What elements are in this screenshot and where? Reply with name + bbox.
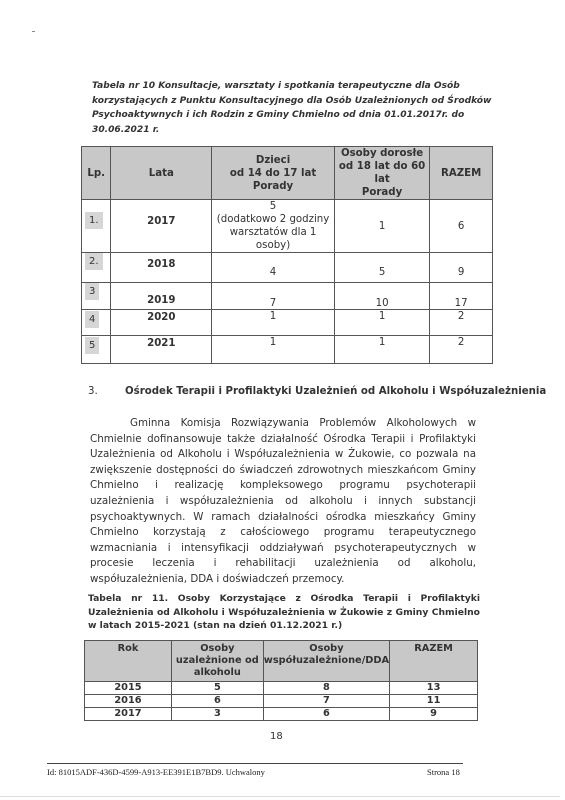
header-dorosle-l2: od 18 lat do 60 lat <box>335 160 429 186</box>
razem-cell: 17 <box>430 283 493 310</box>
header-dorosle: Osoby dorosłe od 18 lat do 60 lat Porady <box>334 147 429 200</box>
header-dzieci-l3: Porady <box>212 180 334 193</box>
header-dzieci-l1: Dzieci <box>212 154 334 167</box>
wspol-cell: 8 <box>263 682 389 695</box>
razem-cell: 11 <box>390 695 478 708</box>
page-number: 18 <box>270 731 283 742</box>
wspol-cell: 6 <box>263 708 389 721</box>
table11-header-row: Rok Osoby uzależnione od alkoholu Osoby … <box>85 641 478 682</box>
table-row: 4 2020 1 1 2 <box>82 310 493 336</box>
rok-cell: 2017 <box>85 708 172 721</box>
year-cell: 2017 <box>111 200 212 253</box>
header-lp: Lp. <box>82 147 111 200</box>
page-edge-divider <box>0 796 560 797</box>
footer-divider <box>47 763 463 764</box>
header-dzieci-l2: od 14 do 17 lat <box>212 167 334 180</box>
dorosle-cell: 1 <box>334 200 429 253</box>
dzieci-value: 5 <box>212 200 334 213</box>
dzieci-cell: 4 <box>212 253 335 283</box>
dzieci-cell: 1 <box>212 336 335 364</box>
lp-cell: 2. <box>82 253 111 283</box>
year-cell: 2020 <box>111 310 212 336</box>
section-paragraph: Gminna Komisja Rozwiązywania Problemów A… <box>90 416 476 588</box>
table-row: 2. 2018 4 5 9 <box>82 253 493 283</box>
header-wspol-l2: współuzależnione/DDA <box>264 655 389 667</box>
header-wspol: Osoby współuzależnione/DDA <box>263 641 389 682</box>
table-row: 2015 5 8 13 <box>85 682 478 695</box>
header-uzaleznione-l1: Osoby <box>172 643 263 655</box>
section-heading: 3.Ośrodek Terapii i Profilaktyki Uzależn… <box>88 386 546 397</box>
section-number: 3. <box>88 386 125 397</box>
lp-value: 3 <box>85 283 99 300</box>
lp-value: 1. <box>85 212 103 229</box>
table-row: 2017 3 6 9 <box>85 708 478 721</box>
razem-cell: 9 <box>390 708 478 721</box>
header-dorosle-l3: Porady <box>335 186 429 199</box>
table10-header-row: Lp. Lata Dzieci od 14 do 17 lat Porady O… <box>82 147 493 200</box>
table-row: 2016 6 7 11 <box>85 695 478 708</box>
lp-value: 2. <box>85 253 103 270</box>
scan-mark <box>32 31 35 32</box>
dzieci-cell: 1 <box>212 310 335 336</box>
lp-cell: 4 <box>82 310 111 336</box>
rok-cell: 2016 <box>85 695 172 708</box>
dorosle-cell: 5 <box>334 253 429 283</box>
header-dorosle-l1: Osoby dorosłe <box>335 147 429 160</box>
header-rok: Rok <box>85 641 172 682</box>
paragraph-text: Gminna Komisja Rozwiązywania Problemów A… <box>90 417 476 585</box>
dzieci-cell: 7 <box>212 283 335 310</box>
razem-cell: 2 <box>430 310 493 336</box>
table-row: 3 2019 7 10 17 <box>82 283 493 310</box>
table10-caption: Tabela nr 10 Konsultacje, warsztaty i sp… <box>92 79 500 137</box>
lp-cell: 5 <box>82 336 111 364</box>
dorosle-cell: 1 <box>334 310 429 336</box>
razem-cell: 13 <box>390 682 478 695</box>
lp-cell: 3 <box>82 283 111 310</box>
dorosle-cell: 1 <box>334 336 429 364</box>
header-uzaleznione: Osoby uzależnione od alkoholu <box>171 641 263 682</box>
header-uzaleznione-l2: uzależnione od <box>172 655 263 667</box>
dzieci-cell: 5 (dodatkowo 2 godziny warsztatów dla 1 … <box>212 200 335 253</box>
header-razem: RAZEM <box>390 641 478 682</box>
header-razem: RAZEM <box>430 147 493 200</box>
footer-page-label: Strona 18 <box>427 767 460 777</box>
year-cell: 2018 <box>111 253 212 283</box>
dorosle-cell: 10 <box>334 283 429 310</box>
header-uzaleznione-l3: alkoholu <box>172 667 263 679</box>
header-wspol-l1: Osoby <box>264 643 389 655</box>
footer-document-id: Id: 81015ADF-436D-4599-A913-EE391E1B7BD9… <box>47 767 265 777</box>
table-row: 1. 2017 5 (dodatkowo 2 godziny warsztató… <box>82 200 493 253</box>
uzaleznione-cell: 5 <box>171 682 263 695</box>
section-title: Ośrodek Terapii i Profilaktyki Uzależnie… <box>125 386 546 397</box>
lp-value: 5 <box>85 337 99 354</box>
table11-caption: Tabela nr 11. Osoby Korzystające z Ośrod… <box>88 592 480 633</box>
uzaleznione-cell: 3 <box>171 708 263 721</box>
year-cell: 2019 <box>111 283 212 310</box>
table11: Rok Osoby uzależnione od alkoholu Osoby … <box>84 640 478 721</box>
razem-cell: 2 <box>430 336 493 364</box>
rok-cell: 2015 <box>85 682 172 695</box>
razem-cell: 9 <box>430 253 493 283</box>
table-row: 5 2021 1 1 2 <box>82 336 493 364</box>
uzaleznione-cell: 6 <box>171 695 263 708</box>
lp-cell: 1. <box>82 200 111 253</box>
table10: Lp. Lata Dzieci od 14 do 17 lat Porady O… <box>81 146 493 364</box>
header-dzieci: Dzieci od 14 do 17 lat Porady <box>212 147 335 200</box>
lp-value: 4 <box>85 311 99 328</box>
dzieci-note-l1: (dodatkowo 2 godziny <box>212 213 334 226</box>
dzieci-note-l2: warsztatów dla 1 osoby) <box>212 226 334 252</box>
header-lata: Lata <box>111 147 212 200</box>
razem-cell: 6 <box>430 200 493 253</box>
year-cell: 2021 <box>111 336 212 364</box>
wspol-cell: 7 <box>263 695 389 708</box>
